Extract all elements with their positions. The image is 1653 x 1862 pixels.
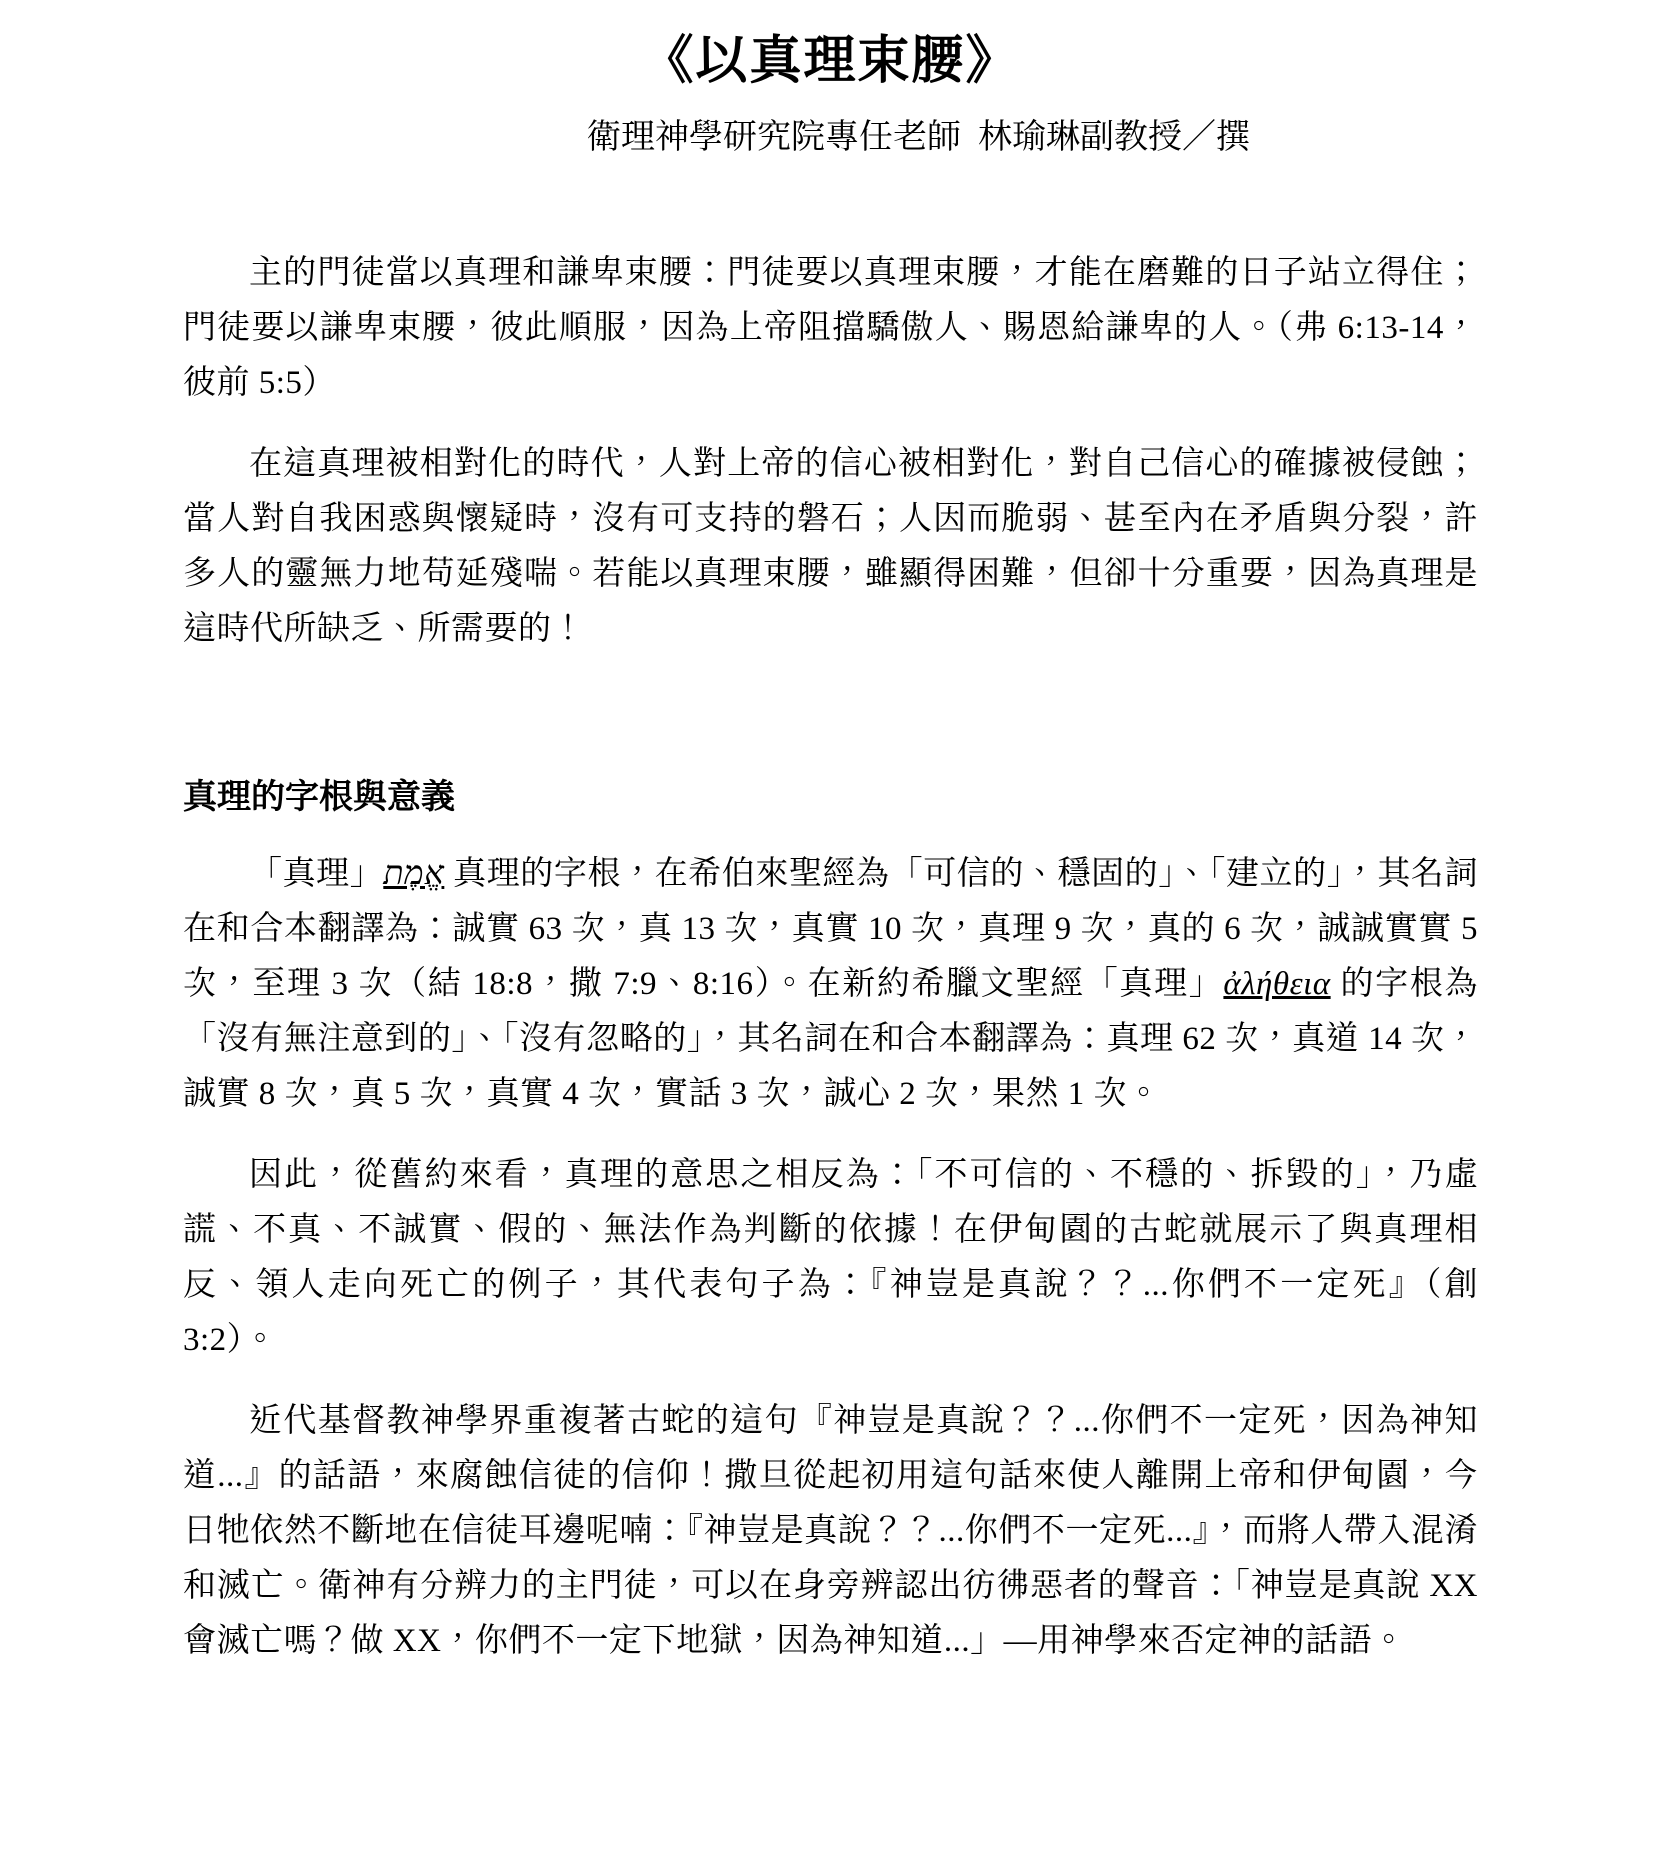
paragraph-era-of-relativized-truth: 在這真理被相對化的時代，人對上帝的信心被相對化，對自己信心的確據被侵蝕；當人對自…	[183, 437, 1478, 657]
hebrew-term: אֱמֶת	[383, 856, 444, 892]
document-page: 《以真理束腰》 衛理神學研究院專任老師 林瑜琳副教授／撰 主的門徒當以真理和謙卑…	[0, 0, 1653, 1862]
greek-term: ἀλήθεια	[1223, 966, 1330, 1002]
text-run: 「真理」	[249, 856, 383, 892]
paragraph-word-root: 「真理」אֱמֶת 真理的字根，在希伯來聖經為「可信的、穩固的」、「建立的」，其…	[183, 847, 1478, 1122]
paragraph-modern-theology: 近代基督教神學界重複著古蛇的這句『神豈是真說？？...你們不一定死，因為神知道.…	[183, 1394, 1478, 1669]
paragraph-intro: 主的門徒當以真理和謙卑束腰：門徒要以真理束腰，才能在磨難的日子站立得住；門徒要以…	[183, 246, 1478, 411]
section-heading-word-root: 真理的字根與意義	[183, 775, 1478, 821]
paragraph-old-testament-contrast: 因此，從舊約來看，真理的意思之相反為：「不可信的、不穩的、拆毀的」，乃虛謊、不真…	[183, 1148, 1478, 1368]
document-byline: 衛理神學研究院專任老師 林瑜琳副教授／撰	[271, 116, 1566, 160]
document-title: 《以真理束腰》	[183, 30, 1478, 94]
